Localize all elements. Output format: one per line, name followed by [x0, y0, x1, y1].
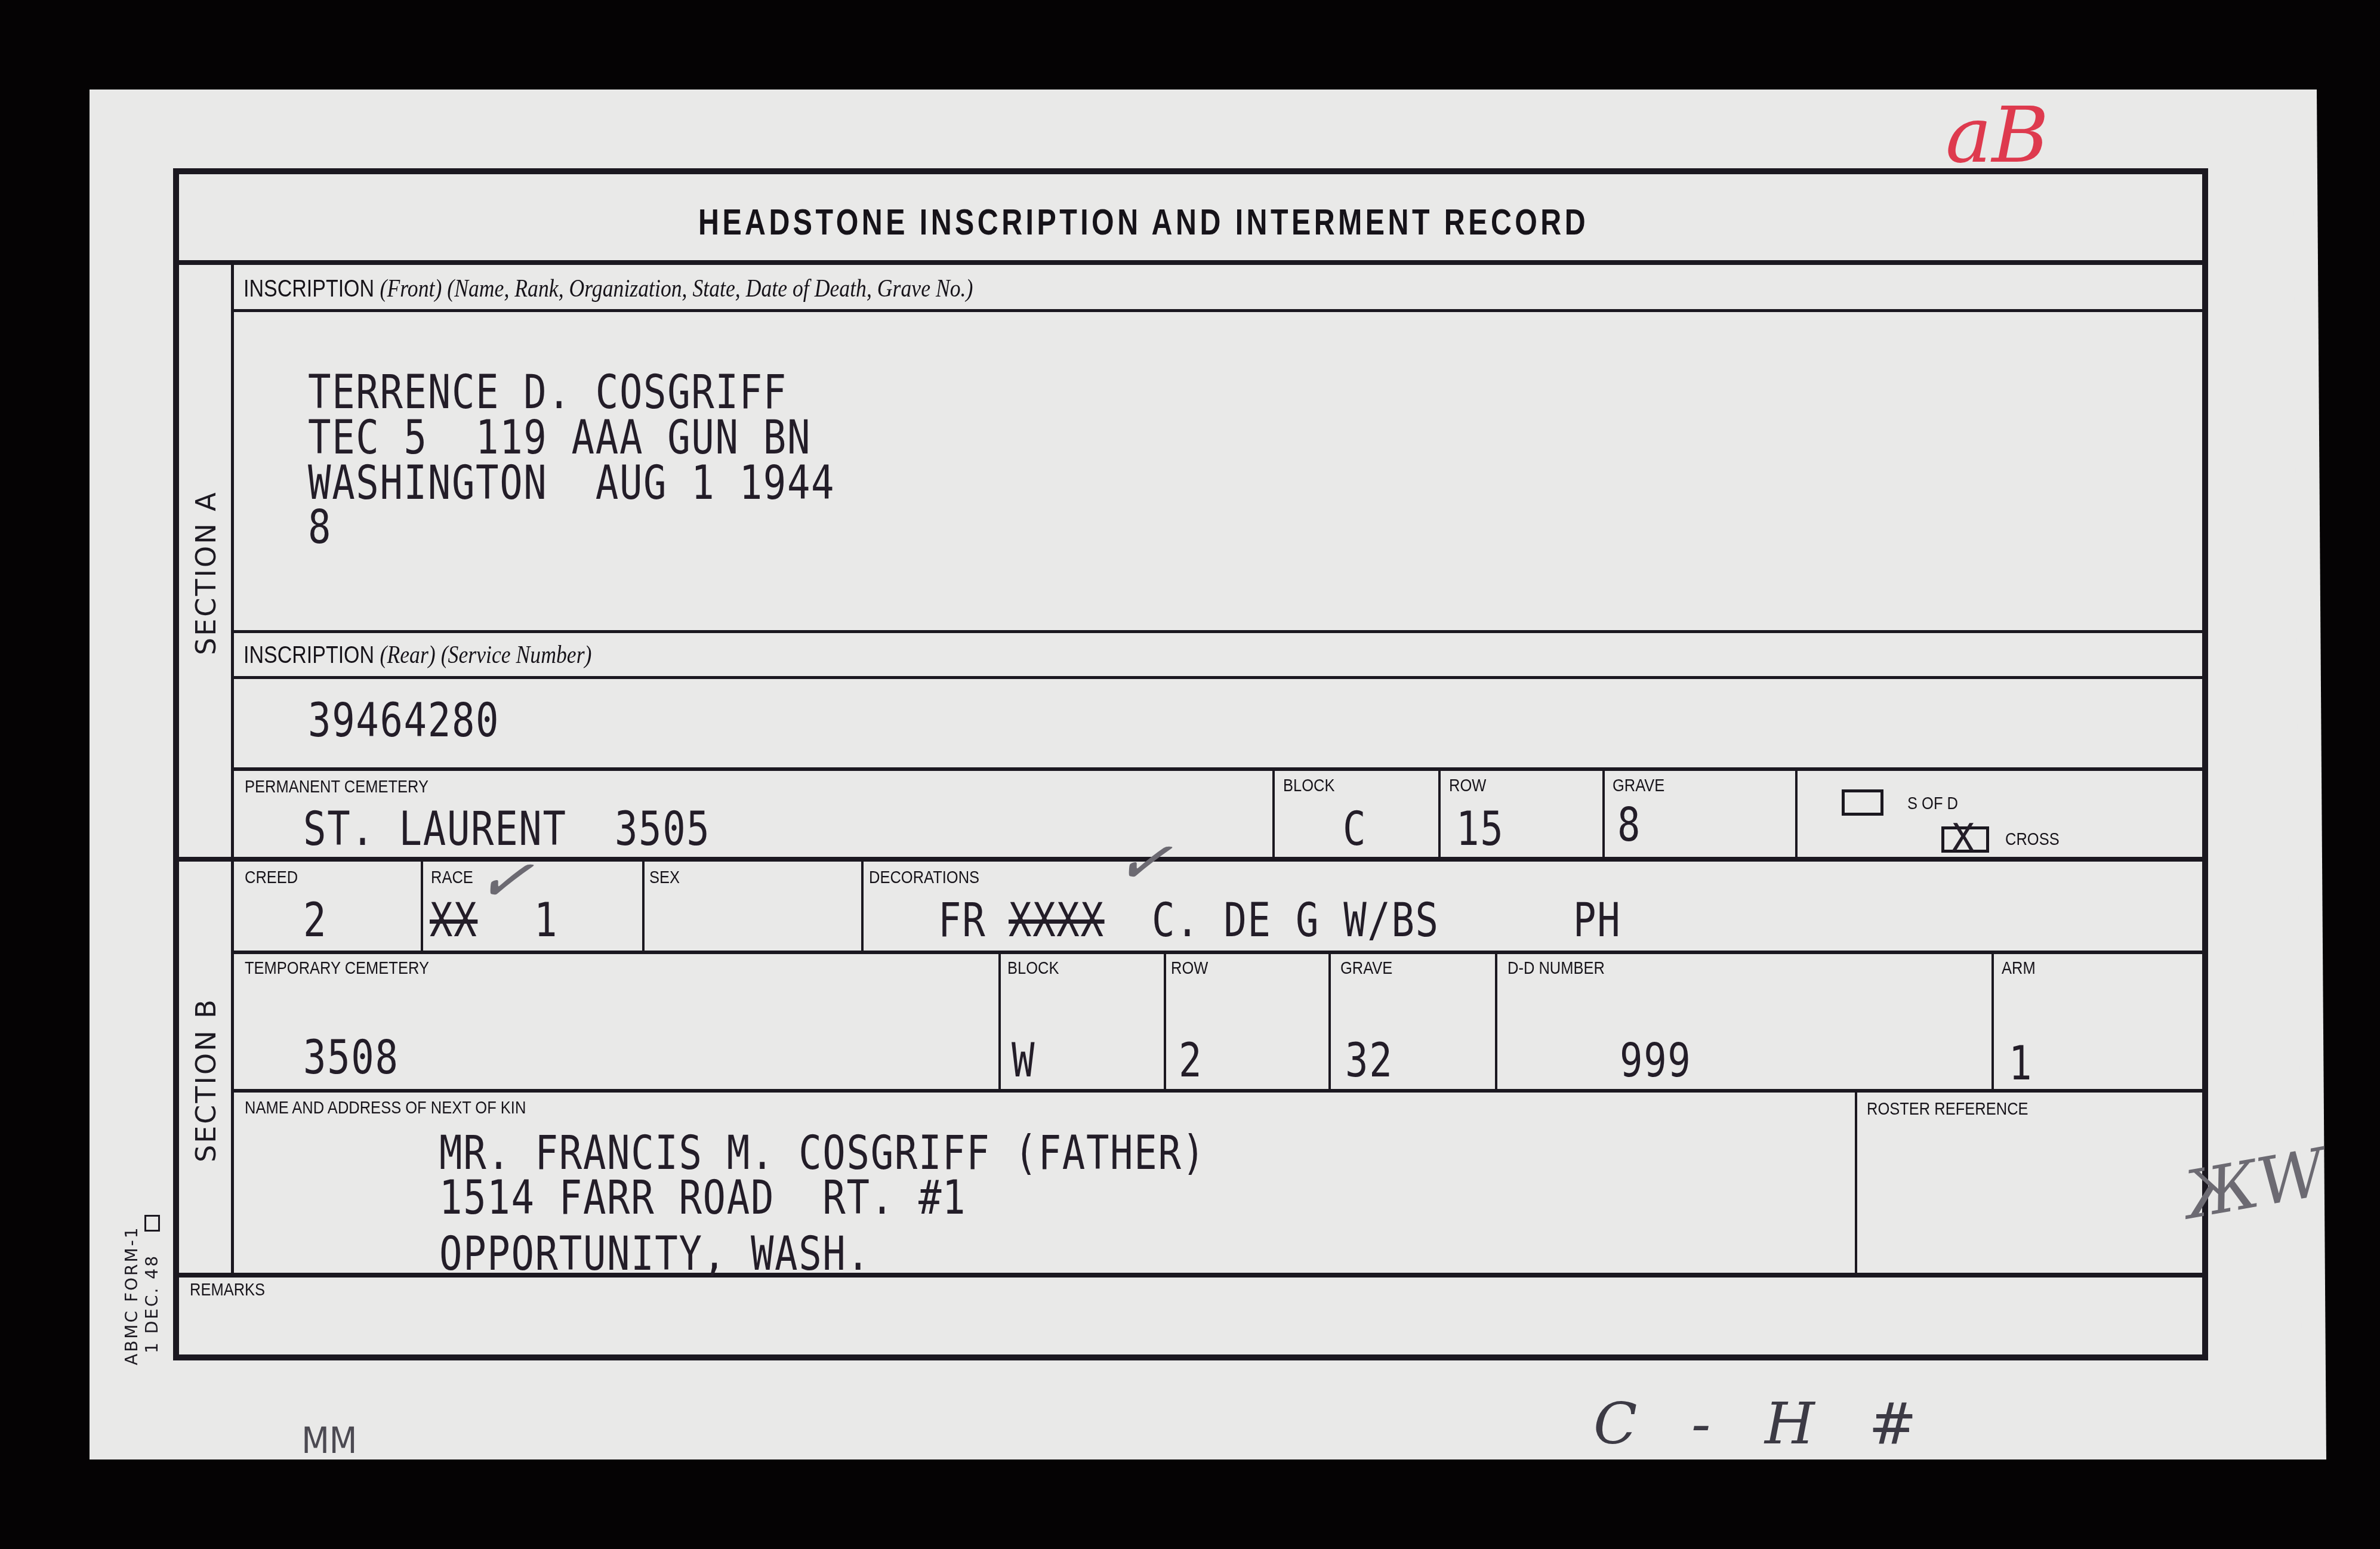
front-label-divider	[233, 309, 2207, 312]
perm-row-divider	[1438, 770, 1441, 859]
s-of-d-checkbox[interactable]	[1842, 789, 1883, 816]
front-bottom-divider	[233, 630, 2207, 633]
bottom-left-initials: MM	[301, 1420, 357, 1462]
arm-value: 1	[2009, 1041, 2033, 1087]
temporary-cemetery-label: TEMPORARY CEMETERY	[245, 958, 429, 979]
cross-label: CROSS	[2005, 829, 2060, 850]
dd-number-label: D-D NUMBER	[1507, 958, 1605, 979]
arm-label: ARM	[2002, 958, 2036, 979]
section-b-label: SECTION B	[190, 998, 222, 1162]
creed-label: CREED	[245, 868, 298, 888]
temp-row-label: ROW	[1171, 958, 1208, 979]
form-id: ABMC FORM-1	[122, 1226, 141, 1365]
form-corner-checkbox[interactable]	[144, 1215, 160, 1232]
permanent-cemetery-label: PERMANENT CEMETERY	[245, 777, 428, 797]
inscription-line-2: TEC 5 119 AAA GUN BN	[308, 415, 811, 461]
inscription-line-1: TERRENCE D. COSGRIFF	[308, 370, 787, 415]
perm-block-divider	[1272, 770, 1275, 859]
title-divider	[174, 260, 2207, 265]
temp-block-divider	[998, 953, 1001, 1091]
rear-label-divider	[233, 676, 2207, 679]
temporary-cemetery-value: 3508	[303, 1035, 399, 1081]
temp-grave-label: GRAVE	[1340, 958, 1392, 979]
roster-reference-label: ROSTER REFERENCE	[1867, 1099, 2028, 1119]
perm-grave-label: GRAVE	[1613, 776, 1664, 796]
decorations-prefix: FR	[938, 898, 986, 943]
marker-divider	[1795, 770, 1798, 859]
race-label: RACE	[431, 868, 473, 888]
sex-label: SEX	[649, 868, 680, 888]
inscription-line-4: 8	[308, 505, 332, 550]
inscription-line-3: WASHINGTON AUG 1 1944	[308, 461, 835, 506]
temp-cemetery-divider	[233, 1089, 2207, 1093]
inscription-rear-label: INSCRIPTION (Rear) (Service Number)	[243, 641, 591, 669]
form-date: 1 DEC. 48	[142, 1254, 162, 1353]
decorations-check-mark-icon: ✓	[1111, 820, 1176, 903]
perm-row-value: 15	[1456, 807, 1504, 852]
creed-divider	[421, 860, 423, 952]
temp-row-value: 2	[1179, 1038, 1203, 1084]
race-struck-value: XX	[430, 898, 477, 943]
form-title: HEADSTONE INSCRIPTION AND INTERMENT RECO…	[698, 201, 1589, 243]
roster-divider	[1855, 1091, 1857, 1275]
rear-bottom-divider	[233, 767, 2207, 771]
arm-divider	[1991, 953, 1994, 1091]
race-value: 1	[534, 898, 558, 943]
decorations-value: C. DE G W/BS	[1152, 898, 1439, 943]
red-initials: aB	[1946, 90, 2049, 180]
section-a-label: SECTION A	[190, 490, 222, 655]
section-column-divider	[231, 263, 234, 1275]
temp-row-divider	[1164, 953, 1166, 1091]
next-of-kin-label: NAME AND ADDRESS OF NEXT OF KIN	[245, 1098, 526, 1118]
next-of-kin-line-3: OPPORTUNITY, WASH.	[439, 1232, 871, 1277]
decorations-struck: XXXX	[1009, 898, 1105, 943]
s-of-d-label: S OF D	[1907, 794, 1958, 814]
creed-row-divider	[233, 951, 2207, 954]
cross-check-mark-icon: X	[1952, 816, 1975, 860]
perm-grave-divider	[1602, 770, 1605, 859]
temp-block-label: BLOCK	[1007, 958, 1059, 979]
inscription-front-label: INSCRIPTION (Front) (Name, Rank, Organiz…	[243, 274, 973, 303]
temp-grave-value: 32	[1345, 1038, 1393, 1084]
creed-value: 2	[303, 898, 327, 943]
perm-grave-value: 8	[1617, 803, 1641, 848]
next-of-kin-line-2: 1514 FARR ROAD RT. #1	[439, 1175, 966, 1221]
next-of-kin-line-1: MR. FRANCIS M. COSGRIFF (FATHER)	[439, 1131, 1206, 1176]
dd-divider	[1495, 953, 1497, 1091]
decorations-label: DECORATIONS	[869, 868, 979, 888]
perm-block-label: BLOCK	[1283, 776, 1334, 796]
bottom-handwritten-note: C - H #	[1593, 1390, 1935, 1457]
temp-block-value: W	[1012, 1038, 1035, 1084]
service-number: 39464280	[308, 698, 500, 743]
sex-divider	[861, 860, 864, 952]
dd-number-value: 999	[1620, 1038, 1691, 1084]
perm-block-value: C	[1343, 807, 1367, 852]
decorations-extra: PH	[1573, 898, 1621, 943]
remarks-label: REMARKS	[190, 1280, 265, 1300]
race-check-mark-icon: ✓	[473, 838, 538, 921]
perm-row-label: ROW	[1449, 776, 1486, 796]
race-divider	[642, 860, 645, 952]
temp-grave-divider	[1328, 953, 1331, 1091]
